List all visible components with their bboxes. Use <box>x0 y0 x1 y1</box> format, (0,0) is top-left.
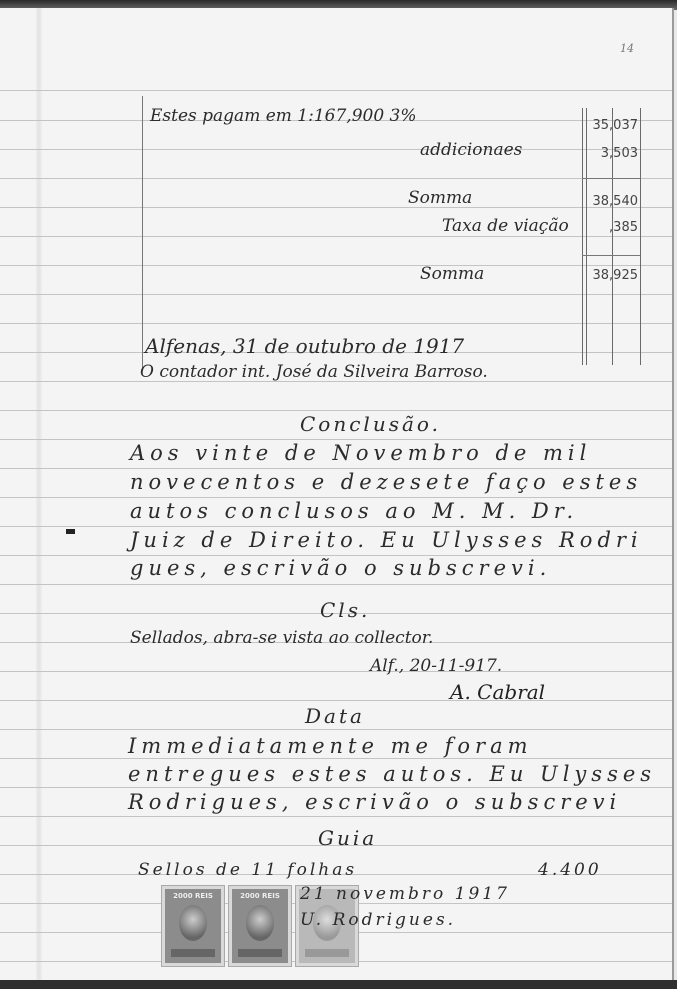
data-line: entregues estes autos. Eu Ulysses <box>128 762 656 786</box>
cls-signature: A. Cabral <box>450 680 545 704</box>
column-rule <box>586 108 587 365</box>
conclusao-line: novecentos e dezesete faço estes <box>130 470 642 494</box>
stamp-cancel-signature: U. Rodrigues. <box>300 910 456 930</box>
ruled-line <box>0 671 672 672</box>
stamp-base <box>238 949 282 957</box>
conclusao-line: autos conclusos ao M. M. Dr. <box>130 499 578 523</box>
table-row-label: Estes pagam em 1:167,900 3% <box>150 106 417 126</box>
cls-heading: Cls. <box>320 598 370 622</box>
ruled-line <box>0 526 672 527</box>
table-row-value: 38,925 <box>588 268 638 283</box>
ruled-line <box>0 236 672 237</box>
guia-line: Sellos de 11 folhas <box>138 860 357 880</box>
ruled-line <box>0 439 672 440</box>
stamp-base <box>171 949 215 957</box>
table-row-value: 38,540 <box>588 194 638 209</box>
cls-text: Sellados, abra-se vista ao collector. <box>130 628 433 648</box>
data-heading: Data <box>305 704 365 728</box>
data-line: Immediatamente me foram <box>128 734 533 758</box>
ledger-page: 14 Estes pagam em 1:167,900 3% 35,037 ad… <box>0 8 674 983</box>
cls-date: Alf., 20-11-917. <box>370 656 502 676</box>
page-number: 14 <box>620 42 634 55</box>
stamp-cancel-date: 21 novembro 1917 <box>300 884 510 904</box>
stamp-portrait-icon <box>179 905 207 941</box>
ruled-line <box>0 584 672 585</box>
stamp-value: 2000 REIS <box>232 892 288 900</box>
sum-rule <box>582 178 640 179</box>
ruled-line <box>0 149 672 150</box>
revenue-stamp: 2000 REIS <box>162 886 224 966</box>
ruled-line <box>0 497 672 498</box>
ruled-line <box>0 178 672 179</box>
table-row-value: 3,503 <box>588 146 638 161</box>
ruled-line <box>0 700 672 701</box>
ink-mark <box>66 529 75 534</box>
ruled-line <box>0 468 672 469</box>
page-fold <box>36 8 42 983</box>
conclusao-line: Juiz de Direito. Eu Ulysses Rodri <box>130 528 643 552</box>
accountant-signature: O contador int. José da Silveira Barroso… <box>140 362 488 382</box>
conclusao-heading: Conclusão. <box>300 412 441 436</box>
conclusao-line: Aos vinte de Novembro de mil <box>130 441 591 465</box>
ruled-line <box>0 323 672 324</box>
dateline: Alfenas, 31 de outubro de 1917 <box>145 334 464 358</box>
table-row-label: Somma <box>408 188 472 208</box>
table-row-label: addicionaes <box>420 140 522 160</box>
guia-amount: 4.400 <box>538 860 602 880</box>
table-row-label: Taxa de viação <box>442 216 569 236</box>
ruled-line <box>0 265 672 266</box>
column-rule <box>640 108 641 365</box>
ruled-line <box>0 90 672 91</box>
revenue-stamp: 2000 REIS <box>229 886 291 966</box>
stamp-portrait-icon <box>246 905 274 941</box>
ruled-line <box>0 410 672 411</box>
stamp-base <box>305 949 349 957</box>
data-line: Rodrigues, escrivão o subscrevi <box>128 790 621 814</box>
ruled-line <box>0 207 672 208</box>
table-row-value: 35,037 <box>588 118 638 133</box>
stamp-value: 2000 REIS <box>165 892 221 900</box>
sum-rule <box>582 255 640 256</box>
ruled-line <box>0 729 672 730</box>
scan-bottom-edge <box>0 980 677 989</box>
table-row-label: Somma <box>420 264 484 284</box>
margin-rule <box>142 96 143 368</box>
ruled-line <box>0 787 672 788</box>
conclusao-line: gues, escrivão o subscrevi. <box>130 556 551 580</box>
table-row-value: ,385 <box>588 220 638 235</box>
guia-heading: Guia <box>318 826 377 850</box>
column-rule <box>582 108 583 365</box>
ruled-line <box>0 294 672 295</box>
ruled-line <box>0 758 672 759</box>
ruled-line <box>0 816 672 817</box>
